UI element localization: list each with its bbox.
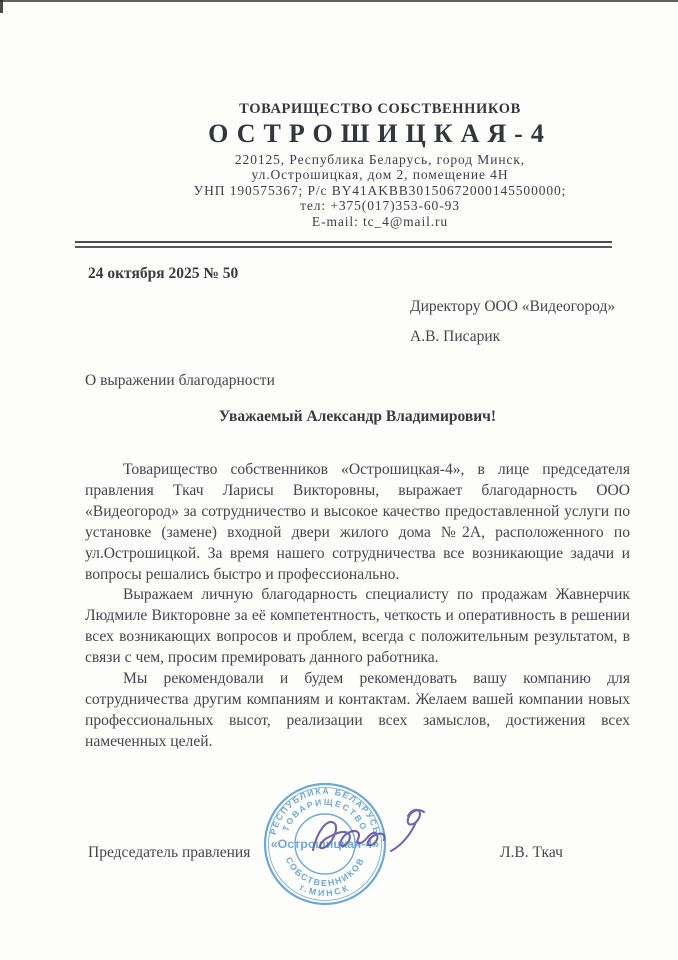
scanned-letter-page: ТОВАРИЩЕСТВО СОБСТВЕННИКОВ ОСТРОШИЦКАЯ-4… — [0, 0, 678, 960]
org-phone: тел: +375(017)353-60-93 — [80, 198, 678, 213]
letter-body: Товарищество собственников «Острошицкая-… — [85, 460, 630, 753]
body-paragraph-1: Товарищество собственников «Острошицкая-… — [85, 460, 630, 585]
org-name: ОСТРОШИЦКАЯ-4 — [80, 119, 678, 149]
handwritten-signature — [305, 800, 430, 868]
date-and-number: 24 октября 2025 № 50 — [88, 265, 238, 283]
org-address-line1: 220125, Республика Беларусь, город Минск… — [80, 152, 678, 167]
org-requisites: УНП 190575367; Р/с BY41AKBB3015067200014… — [80, 183, 678, 198]
signature-stroke-tail — [391, 822, 416, 851]
recipient-block: Директору ООО «Видеогород» А.В. Писарик — [410, 292, 615, 352]
scan-corner-artifact — [0, 0, 3, 13]
salutation: Уважаемый Александр Владимирович! — [85, 408, 630, 426]
org-type: ТОВАРИЩЕСТВО СОБСТВЕННИКОВ — [80, 101, 678, 118]
letterhead: ТОВАРИЩЕСТВО СОБСТВЕННИКОВ ОСТРОШИЦКАЯ-4… — [80, 101, 678, 229]
scan-top-edge-artifact — [0, 0, 678, 2]
signer-position: Председатель правления — [88, 844, 250, 862]
subject-line: О выражении благодарности — [85, 372, 275, 390]
letterhead-divider — [75, 241, 612, 248]
org-email: E-mail: tc_4@mail.ru — [80, 214, 678, 229]
signer-name: Л.В. Ткач — [500, 844, 563, 862]
body-paragraph-3: Мы рекомендовали и будем рекомендовать в… — [85, 669, 630, 753]
recipient-name: А.В. Писарик — [410, 322, 615, 352]
body-paragraph-2: Выражаем личную благодарность специалист… — [85, 585, 630, 669]
org-address-line2: ул.Острошицкая, дом 2, помещение 4Н — [80, 167, 678, 182]
recipient-title: Директору ООО «Видеогород» — [410, 292, 615, 322]
signature-stroke-main — [313, 822, 384, 850]
